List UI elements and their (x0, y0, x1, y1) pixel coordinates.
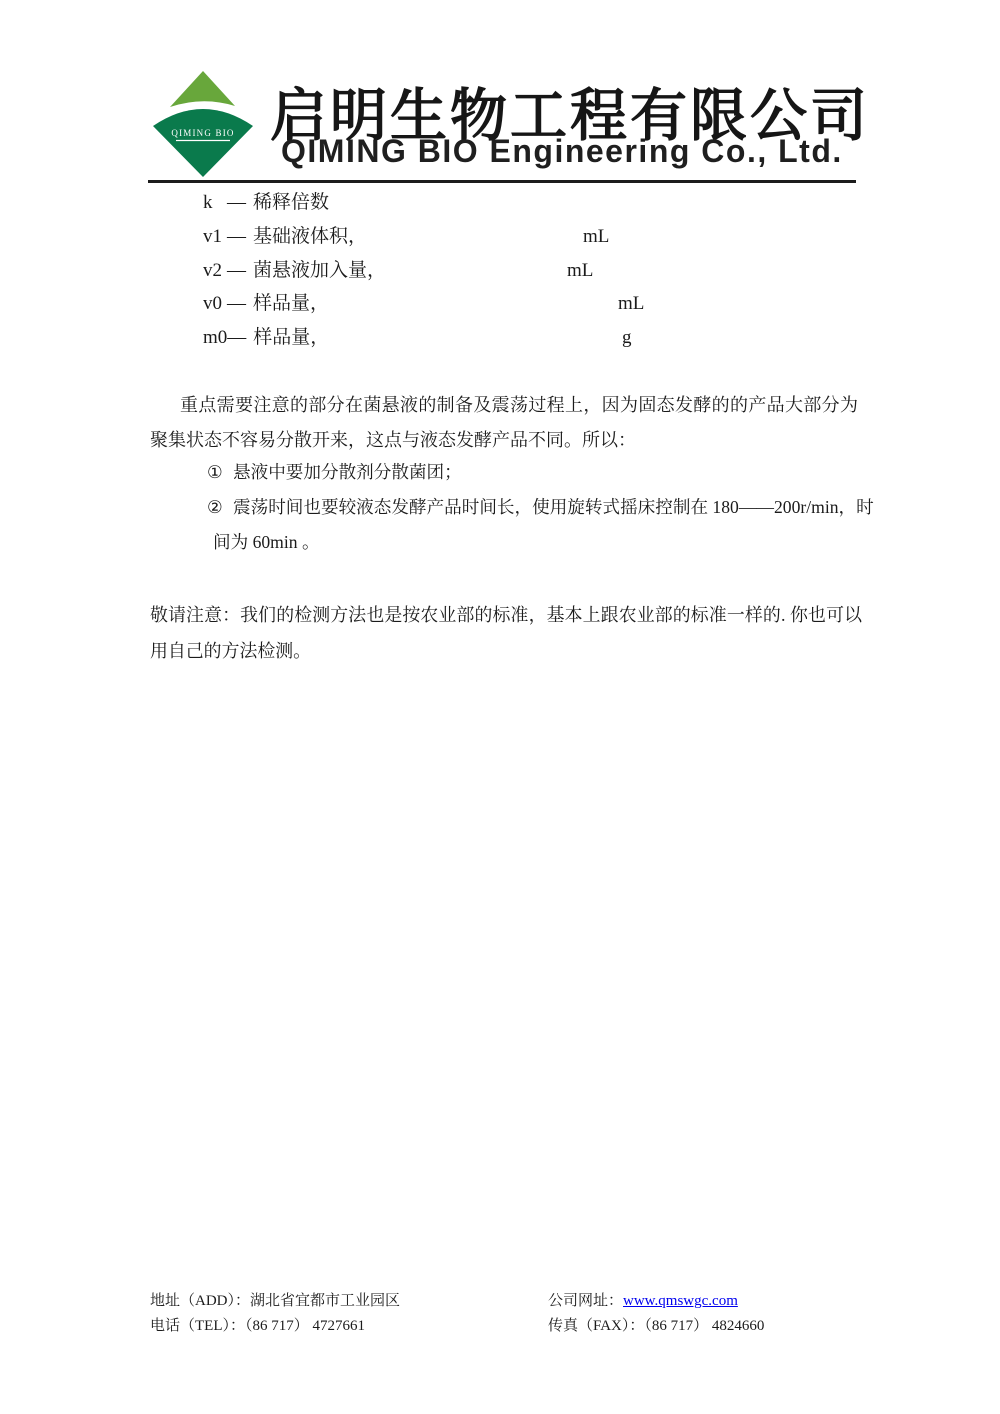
address-label: 地址（ADD）： (150, 1293, 250, 1309)
numbered-item-text: 悬液中要加分散剂分散菌团； (233, 462, 462, 482)
footer-left-column: 地址（ADD）：湖北省宜都市工业园区 电话（TEL）：（86 717） 4727… (150, 1289, 400, 1338)
definition-unit: g (622, 321, 632, 355)
definition-term: v2 (203, 254, 227, 288)
definition-dash: — (227, 260, 246, 281)
definition-label: 样品量， (253, 327, 329, 348)
definition-dash: — (227, 192, 246, 213)
definition-term: v0 (203, 287, 227, 321)
definition-list: k—稀释倍数 v1—基础液体积， mL v2—菌悬液加入量， mL v0—样品量… (203, 186, 763, 355)
numbered-list: ① 悬液中要加分散剂分散菌团； ② 震荡时间也要较液态发酵产品时间长，使用旋转式… (207, 455, 875, 561)
fax-label: 传真（FAX）： (548, 1318, 644, 1334)
definition-term: m0 (203, 321, 227, 355)
qiming-diamond-logo-icon: QIMING BIO (150, 63, 260, 181)
tel-value: （86 717） 4727661 (245, 1318, 365, 1334)
logo-text: QIMING BIO (171, 128, 234, 138)
definition-dash: — (227, 293, 246, 314)
footer-address-line: 地址（ADD）：湖北省宜都市工业园区 (150, 1289, 400, 1314)
footer-website-line: 公司网址：www.qmswgc.com (548, 1289, 764, 1314)
definition-label: 基础液体积， (253, 226, 367, 247)
footer-tel-line: 电话（TEL）：（86 717） 4727661 (150, 1314, 400, 1339)
definition-label: 稀释倍数 (253, 192, 329, 213)
numbered-item-1: ① 悬液中要加分散剂分散菌团； (207, 455, 875, 490)
definition-unit: mL (567, 254, 593, 288)
numbered-item-text: 震荡时间也要较液态发酵产品时间长，使用旋转式摇床控制在 180——200r/mi… (213, 497, 874, 552)
logo-diamond-bottom (153, 109, 253, 177)
definition-dash: — (227, 226, 246, 247)
address-value: 湖北省宜都市工业园区 (250, 1293, 400, 1309)
logo-diamond-top (170, 71, 235, 107)
company-name-en: QIMING BIO Engineering Co., Ltd. (281, 133, 843, 170)
fax-value: （86 717） 4824660 (644, 1318, 764, 1334)
circled-number-2-icon: ② (207, 490, 223, 525)
definition-row-k: k—稀释倍数 (203, 186, 763, 220)
header-divider (148, 180, 856, 183)
definition-unit: mL (583, 220, 609, 254)
definition-row-v2: v2—菌悬液加入量， mL (203, 254, 763, 288)
definition-term: k (203, 186, 227, 220)
numbered-item-2: ② 震荡时间也要较液态发酵产品时间长，使用旋转式摇床控制在 180——200r/… (207, 490, 875, 560)
circled-number-1-icon: ① (207, 455, 223, 490)
paragraph-main: 重点需要注意的部分在菌悬液的制备及震荡过程上，因为固态发酵的的产品大部分为聚集状… (150, 388, 858, 458)
footer-fax-line: 传真（FAX）：（86 717） 4824660 (548, 1314, 764, 1339)
definition-unit: mL (618, 287, 644, 321)
definition-label: 菌悬液加入量， (253, 260, 386, 281)
website-label: 公司网址： (548, 1293, 623, 1309)
definition-row-v1: v1—基础液体积， mL (203, 220, 763, 254)
website-link[interactable]: www.qmswgc.com (623, 1293, 738, 1309)
note-paragraph: 敬请注意：我们的检测方法也是按农业部的标准，基本上跟农业部的标准一样的. 你也可… (150, 597, 862, 669)
definition-label: 样品量， (253, 293, 329, 314)
definition-row-v0: v0—样品量， mL (203, 287, 763, 321)
document-page: QIMING BIO 启明生物工程有限公司 QIMING BIO Enginee… (0, 0, 1000, 1414)
tel-label: 电话（TEL）： (150, 1318, 245, 1334)
definition-term: v1 (203, 220, 227, 254)
definition-row-m0: m0—样品量， g (203, 321, 763, 355)
company-logo: QIMING BIO (150, 63, 260, 181)
footer-right-column: 公司网址：www.qmswgc.com 传真（FAX）：（86 717） 482… (548, 1289, 764, 1338)
definition-dash: — (227, 327, 246, 348)
